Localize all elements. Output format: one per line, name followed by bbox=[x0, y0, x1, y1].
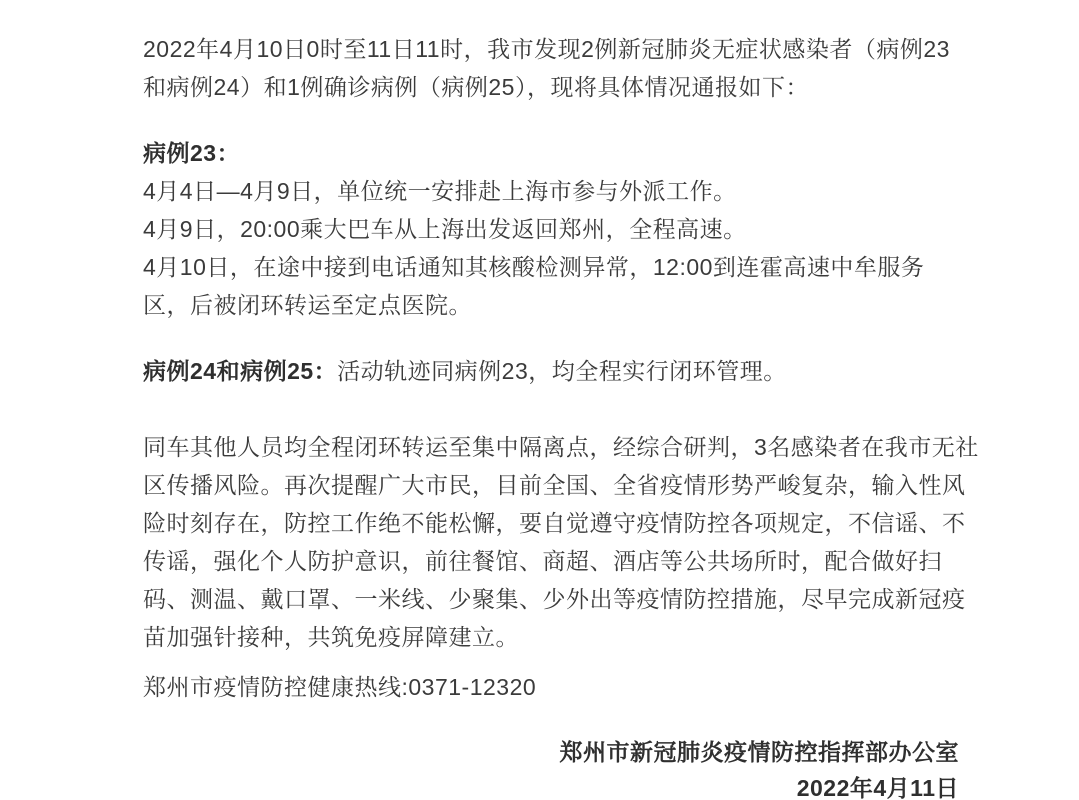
advisory-line-4: 传谣，强化个人防护意识，前往餐馆、商超、酒店等公共场所时，配合做好扫 bbox=[143, 542, 959, 580]
case24-25-section: 病例24和病例25：活动轨迹同病例23，均全程实行闭环管理。 bbox=[143, 352, 959, 390]
notice-document: 2022年4月10日0时至11日11时，我市发现2例新冠肺炎无症状感染者（病例2… bbox=[0, 0, 1079, 800]
case23-line-1: 4月4日—4月9日，单位统一安排赴上海市参与外派工作。 bbox=[143, 172, 959, 210]
page-background: { "theme": { "background_color": "#fffff… bbox=[0, 0, 1079, 800]
case23-line-4: 区，后被闭环转运至定点医院。 bbox=[143, 286, 959, 324]
advisory-line-1: 同车其他人员均全程闭环转运至集中隔离点，经综合研判，3名感染者在我市无社 bbox=[143, 428, 959, 466]
hotline-line: 郑州市疫情防控健康热线:0371-12320 bbox=[143, 668, 959, 706]
advisory-line-2: 区传播风险。再次提醒广大市民，目前全国、全省疫情形势严峻复杂，输入性风 bbox=[143, 466, 959, 504]
intro-line-1: 2022年4月10日0时至11日11时，我市发现2例新冠肺炎无症状感染者（病例2… bbox=[143, 30, 959, 68]
signature-org: 郑州市新冠肺炎疫情防控指挥部办公室 bbox=[143, 734, 959, 770]
signature-block: 郑州市新冠肺炎疫情防控指挥部办公室 2022年4月11日 bbox=[143, 734, 959, 800]
advisory-line-6: 苗加强针接种，共筑免疫屏障建立。 bbox=[143, 618, 959, 656]
advisory-line-3: 险时刻存在，防控工作绝不能松懈，要自觉遵守疫情防控各项规定，不信谣、不 bbox=[143, 504, 959, 542]
case23-line-3: 4月10日，在途中接到电话通知其核酸检测异常，12:00到连霍高速中牟服务 bbox=[143, 248, 959, 286]
intro-paragraph: 2022年4月10日0时至11日11时，我市发现2例新冠肺炎无症状感染者（病例2… bbox=[143, 30, 959, 106]
advisory-line-5: 码、测温、戴口罩、一米线、少聚集、少外出等疫情防控措施，尽早完成新冠疫 bbox=[143, 580, 959, 618]
signature-date: 2022年4月11日 bbox=[143, 770, 959, 800]
intro-line-2: 和病例24）和1例确诊病例（病例25），现将具体情况通报如下： bbox=[143, 68, 959, 106]
hotline-section: 郑州市疫情防控健康热线:0371-12320 bbox=[143, 668, 959, 706]
case23-section: 病例23： 4月4日—4月9日，单位统一安排赴上海市参与外派工作。 4月9日，2… bbox=[143, 134, 959, 324]
advisory-paragraph: 同车其他人员均全程闭环转运至集中隔离点，经综合研判，3名感染者在我市无社 区传播… bbox=[143, 428, 959, 656]
case23-heading: 病例23： bbox=[143, 134, 959, 172]
case24-25-text: 活动轨迹同病例23，均全程实行闭环管理。 bbox=[337, 358, 787, 384]
case24-25-line: 病例24和病例25：活动轨迹同病例23，均全程实行闭环管理。 bbox=[143, 352, 959, 390]
case24-25-label: 病例24和病例25： bbox=[143, 358, 337, 384]
case23-line-2: 4月9日，20:00乘大巴车从上海出发返回郑州，全程高速。 bbox=[143, 210, 959, 248]
